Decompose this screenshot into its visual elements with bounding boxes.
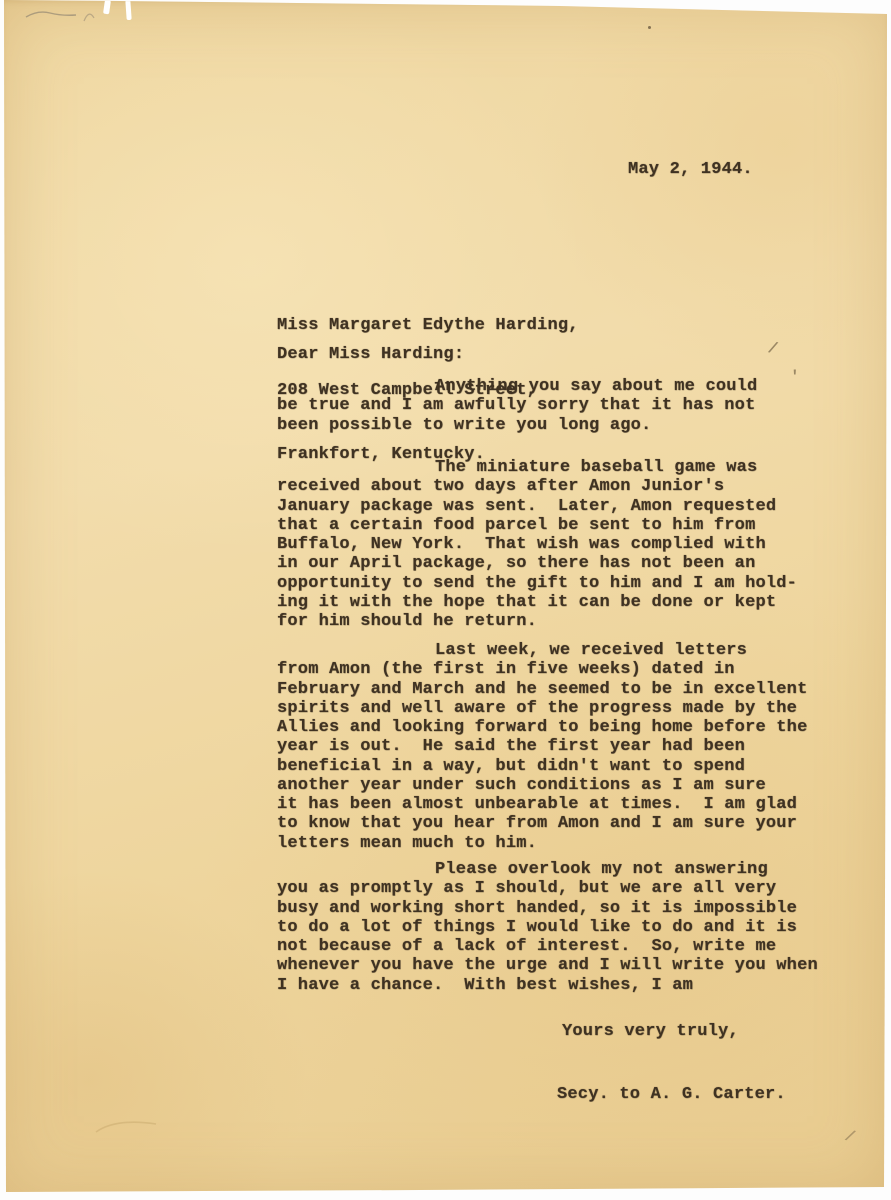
letter-sheet: May 2, 1944. Miss Margaret Edythe Hardin… [0, 0, 891, 1200]
letter-line: in our April package, so there has not b… [277, 554, 857, 573]
letter-line: The miniature baseball game was [277, 458, 857, 477]
letter-line: February and March and he seemed to be i… [277, 680, 857, 699]
salutation: Dear Miss Harding: [277, 345, 464, 364]
ink-speck [648, 26, 651, 29]
stray-slash-mark: / [842, 1127, 857, 1147]
letter-line: to know that you hear from Amon and I am… [277, 814, 857, 833]
letter-line: spirits and well aware of the progress m… [277, 699, 857, 718]
letter-line: from Amon (the first in five weeks) date… [277, 660, 857, 679]
letter-line: received about two days after Amon Junio… [277, 477, 857, 496]
letter-line: ing it with the hope that it can be done… [277, 593, 857, 612]
letter-paragraph: Anything you say about me couldbe true a… [277, 377, 857, 435]
letter-line: year is out. He said the first year had … [277, 737, 857, 756]
letter-line: letters mean much to him. [277, 834, 857, 853]
letter-line: January package was sent. Later, Amon re… [277, 497, 857, 516]
letter-line: beneficial in a way, but didn't want to … [277, 757, 857, 776]
closing-line: Yours very truly, [562, 1022, 739, 1041]
letter-line: busy and working short handed, so it is … [277, 899, 857, 918]
letter-line: for him should he return. [277, 612, 857, 631]
letter-line: Anything you say about me could [277, 377, 857, 396]
letter-line: been possible to write you long ago. [277, 416, 857, 435]
letter-paragraph: Last week, we received lettersfrom Amon … [277, 641, 857, 853]
pencil-smudge-icon [92, 1114, 162, 1140]
recipient-name: Miss Margaret Edythe Harding, [277, 315, 579, 337]
letter-paragraph: The miniature baseball game wasreceived … [277, 458, 857, 631]
stray-apostrophe-mark: ' [790, 368, 800, 386]
letter-line: Buffalo, New York. That wish was complie… [277, 535, 857, 554]
letter-line: it has been almost unbearable at times. … [277, 795, 857, 814]
date-line: May 2, 1944. [628, 160, 753, 179]
letter-line: Please overlook my not answering [277, 860, 857, 879]
scanned-letter-page: May 2, 1944. Miss Margaret Edythe Hardin… [0, 0, 891, 1200]
letter-line: whenever you have the urge and I will wr… [277, 956, 857, 975]
stray-slash-mark: / [766, 339, 779, 359]
signature-line: Secy. to A. G. Carter. [557, 1085, 786, 1104]
letter-line: not because of a lack of interest. So, w… [277, 937, 857, 956]
letter-line: another year under such conditions as I … [277, 776, 857, 795]
letter-line: you as promptly as I should, but we are … [277, 879, 857, 898]
letter-line: Allies and looking forward to being home… [277, 718, 857, 737]
letter-line: that a certain food parcel be sent to hi… [277, 516, 857, 535]
letter-paragraph: Please overlook my not answeringyou as p… [277, 860, 857, 995]
letter-line: I have a chance. With best wishes, I am [277, 976, 857, 995]
letter-line: be true and I am awfully sorry that it h… [277, 396, 857, 415]
letter-line: Last week, we received letters [277, 641, 857, 660]
letter-line: to do a lot of things I would like to do… [277, 918, 857, 937]
letter-line: opportunity to send the gift to him and … [277, 574, 857, 593]
